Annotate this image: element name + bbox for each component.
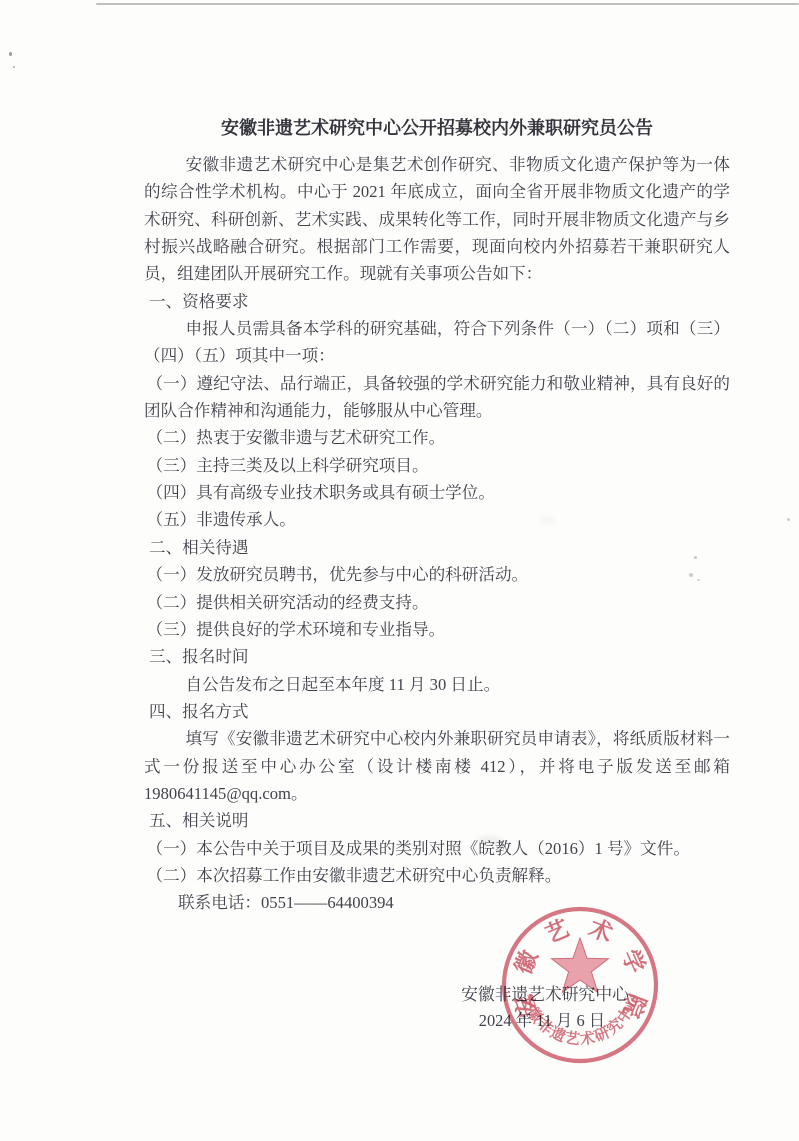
list-item: （五）非遗传承人。: [144, 506, 730, 533]
scan-speck: [13, 66, 15, 68]
list-item: （三）主持三类及以上科学研究项目。: [144, 452, 730, 479]
paragraph: 安徽非遗艺术研究中心是集艺术创作研究、非物质文化遗产保护等为一体的综合性学术机构…: [144, 151, 730, 288]
list-item: （一）本公告中关于项目及成果的类别对照《皖教人（2016）1 号》文件。: [144, 835, 730, 862]
scan-edge-line: [96, 3, 799, 5]
official-seal: 安徽艺术学院 安徽非遗艺术研究中心: [480, 885, 680, 1085]
paragraph: 申报人员需具备本学科的研究基础，符合下列条件（一）（二）项和（三）（四）（五）项…: [144, 315, 730, 370]
seal-character: 术: [585, 915, 616, 947]
list-item: （三）提供良好的学术环境和专业指导。: [144, 616, 730, 643]
scanned-document-page: 安徽非遗艺术研究中心公开招募校内外兼职研究员公告 安徽非遗艺术研究中心是集艺术创…: [0, 0, 799, 1141]
list-item: （一）发放研究员聘书，优先参与中心的科研活动。: [144, 561, 730, 588]
seal-character: 徽: [511, 947, 543, 978]
scan-speck: [787, 518, 790, 521]
document-title: 安徽非遗艺术研究中心公开招募校内外兼职研究员公告: [144, 114, 730, 140]
list-item: （一）遵纪守法、品行端正，具备较强的学术研究能力和敬业精神，具有良好的团队合作精…: [144, 370, 730, 425]
list-item: （二）热衷于安徽非遗与艺术研究工作。: [144, 424, 730, 451]
seal-star-icon: [551, 938, 608, 992]
scan-speck: [9, 52, 12, 56]
section-heading: 四、报名方式: [144, 698, 730, 725]
section-heading: 三、报名时间: [144, 643, 730, 670]
seal-character: 学: [617, 945, 650, 977]
section-heading: 一、资格要求: [144, 288, 730, 315]
document-body: 安徽非遗艺术研究中心是集艺术创作研究、非物质文化遗产保护等为一体的综合性学术机构…: [144, 151, 730, 917]
section-heading: 五、相关说明: [144, 807, 730, 834]
list-item: （四）具有高级专业技术职务或具有硕士学位。: [144, 479, 730, 506]
paragraph: 自公告发布之日起至本年度 11 月 30 日止。: [144, 671, 730, 698]
section-heading: 二、相关待遇: [144, 534, 730, 561]
paragraph: 填写《安徽非遗艺术研究中心校内外兼职研究员申请表》，将纸质版材料一式一份报送至中…: [144, 725, 730, 807]
list-item: （二）提供相关研究活动的经费支持。: [144, 589, 730, 616]
seal-character: 艺: [542, 916, 573, 948]
